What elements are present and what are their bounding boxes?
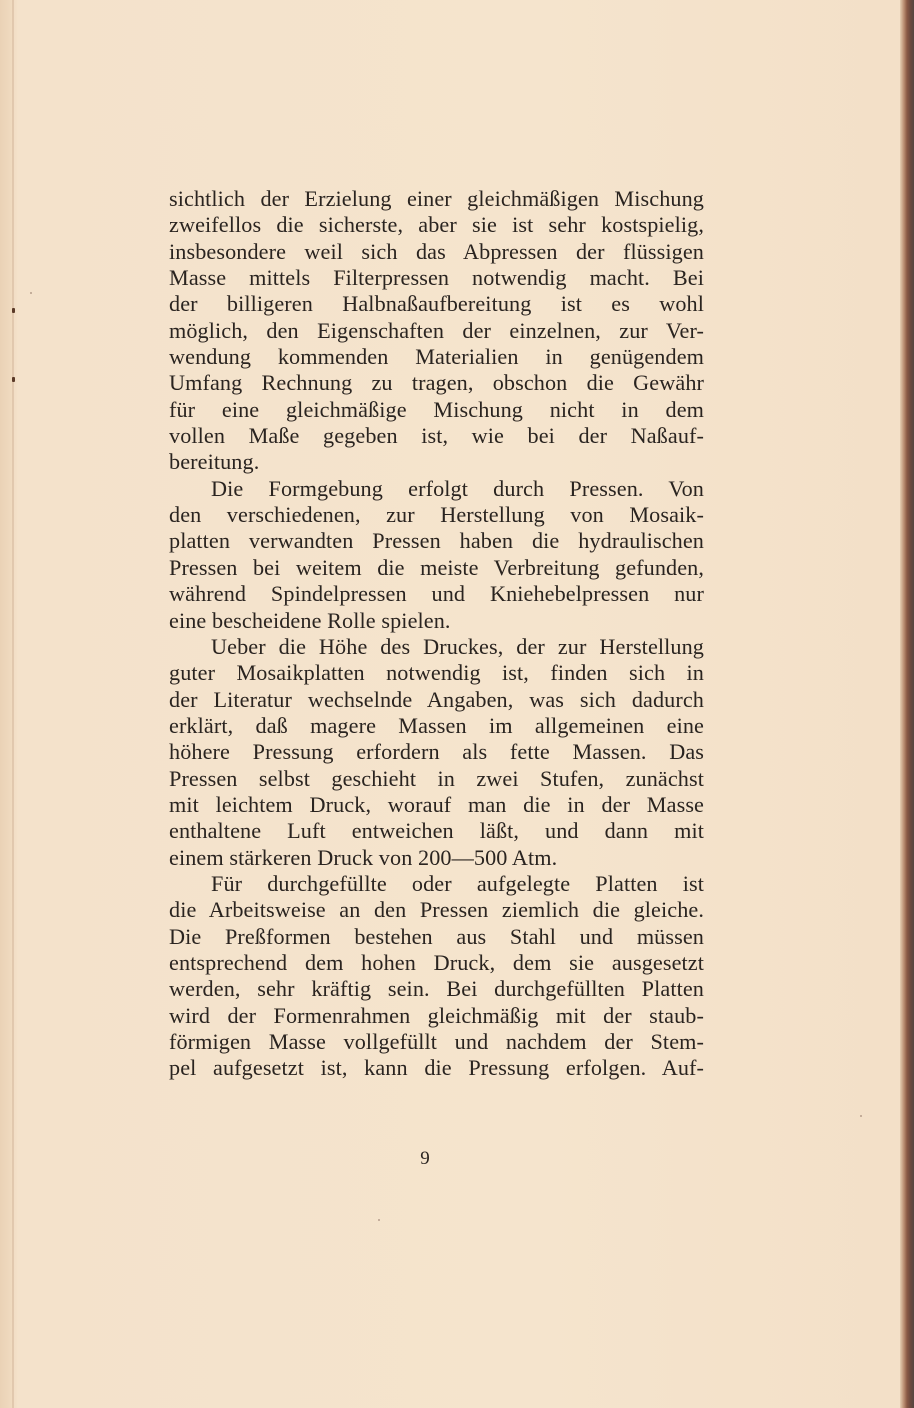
text-line: Pressen selbst geschieht in zwei Stufen,… [169, 766, 704, 792]
paragraph-3: Ueber die Höhe des Druckes, der zur Hers… [169, 634, 704, 871]
paragraph-2: Die Formgebung erfolgt durch Pressen. Vo… [169, 476, 704, 634]
text-line: vollen Maße gegeben ist, wie bei der Naß… [169, 423, 704, 449]
text-line: Die Preßformen bestehen aus Stahl und mü… [169, 924, 704, 950]
text-line: Ueber die Höhe des Druckes, der zur Hers… [169, 634, 704, 660]
text-line: die Arbeitsweise an den Pressen ziemlich… [169, 897, 704, 923]
text-line: bereitung. [169, 449, 704, 475]
text-line: Für durchgefüllte oder aufgelegte Platte… [169, 871, 704, 897]
text-line: pel aufgesetzt ist, kann die Pressung er… [169, 1055, 704, 1081]
text-line: Masse mittels Filterpressen notwendig ma… [169, 265, 704, 291]
text-line: der billigeren Halbnaßaufbereitung ist e… [169, 291, 704, 317]
text-line: wendung kommenden Materialien in genügen… [169, 344, 704, 370]
text-line: während Spindelpressen und Kniehebelpres… [169, 581, 704, 607]
text-line: für eine gleichmäßige Mischung nicht in … [169, 397, 704, 423]
paper-speck [30, 292, 32, 294]
text-line: enthaltene Luft entweichen läßt, und dan… [169, 818, 704, 844]
page-number: 9 [418, 1148, 432, 1170]
text-line: mit leichtem Druck, worauf man die in de… [169, 792, 704, 818]
text-line: erklärt, daß magere Massen im allgemeine… [169, 713, 704, 739]
text-line: förmigen Masse vollgefüllt und nachdem d… [169, 1029, 704, 1055]
text-line: Umfang Rechnung zu tragen, obschon die G… [169, 370, 704, 396]
text-line: Pressen bei weitem die meiste Verbreitun… [169, 555, 704, 581]
staple-mark [12, 308, 15, 313]
binding-gutter [12, 0, 14, 1408]
text-line: sichtlich der Erzielung einer gleichmäßi… [169, 186, 704, 212]
text-line: werden, sehr kräftig sein. Bei durchgefü… [169, 976, 704, 1002]
text-line: möglich, den Eigenschaften der einzelnen… [169, 318, 704, 344]
text-line: der Literatur wechselnde Angaben, was si… [169, 687, 704, 713]
text-line: platten verwandten Pressen haben die hyd… [169, 528, 704, 554]
paper-speck [378, 1219, 380, 1221]
text-line: insbesondere weil sich das Abpressen der… [169, 239, 704, 265]
text-line: den verschiedenen, zur Herstellung von M… [169, 502, 704, 528]
book-page: sichtlich der Erzielung einer gleichmäßi… [0, 0, 900, 1408]
text-line: wird der Formenrahmen gleichmäßig mit de… [169, 1003, 704, 1029]
paragraph-1: sichtlich der Erzielung einer gleichmäßi… [169, 186, 704, 476]
text-line: zweifellos die sicherste, aber sie ist s… [169, 212, 704, 238]
paper-speck [860, 1115, 862, 1117]
text-line: höhere Pressung erfordern als fette Mass… [169, 739, 704, 765]
text-line: guter Mosaikplatten notwendig ist, finde… [169, 660, 704, 686]
staple-mark [12, 377, 15, 382]
text-line: entsprechend dem hohen Druck, dem sie au… [169, 950, 704, 976]
body-text: sichtlich der Erzielung einer gleichmäßi… [169, 186, 704, 1082]
paragraph-4: Für durchgefüllte oder aufgelegte Platte… [169, 871, 704, 1082]
text-line: eine bescheidene Rolle spielen. [169, 608, 704, 634]
page-edge-shadow [900, 0, 914, 1408]
text-line: Die Formgebung erfolgt durch Pressen. Vo… [169, 476, 704, 502]
text-line: einem stärkeren Druck von 200—500 Atm. [169, 845, 704, 871]
